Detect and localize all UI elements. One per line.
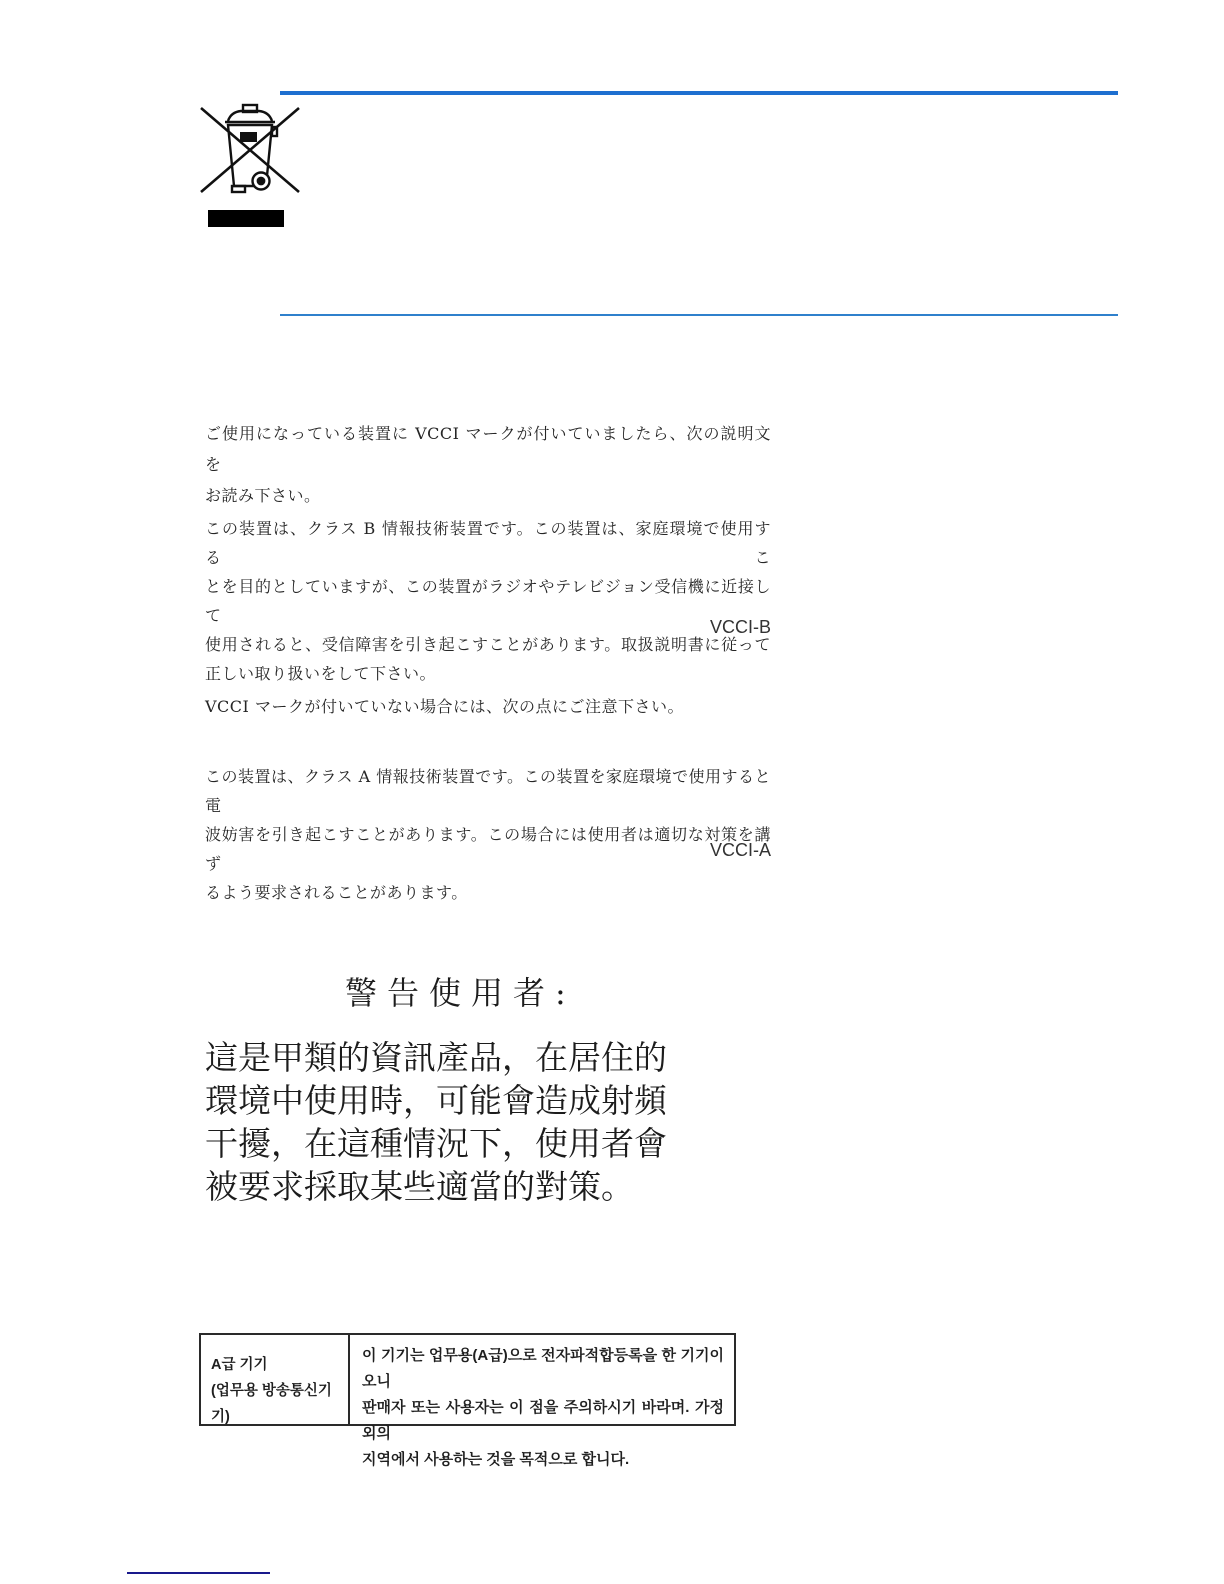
vcci-class-a-statement: この装置は、クラス A 情報技術装置です。この装置を家庭環境で使用すると電 波妨… bbox=[205, 762, 771, 907]
vcci-class-b-statement: この装置は、クラス B 情報技術装置です。この装置は、家庭環境で使用するこ とを… bbox=[205, 514, 771, 688]
weee-crossed-bin-icon bbox=[198, 100, 302, 198]
taiwan-warning-line: 干擾，在這種情況下，使用者會 bbox=[205, 1122, 645, 1165]
taiwan-warning-line: 這是甲類的資訊產品，在居住的 bbox=[205, 1036, 645, 1079]
korea-statement-line: 판매자 또는 사용자는 이 점을 주의하시기 바라며. 가정 외의 bbox=[362, 1395, 724, 1447]
taiwan-warning-body: 這是甲類的資訊產品，在居住的 環境中使用時，可能會造成射頻 干擾，在這種情況下，… bbox=[205, 1036, 645, 1208]
vcci-class-b-line: 正しい取り扱いをして下さい。 bbox=[205, 659, 771, 688]
korea-statement-line: 지역에서 사용하는 것을 목적으로 합니다. bbox=[362, 1447, 724, 1473]
korea-class-a-table: A급 기기 (업무용 방송통신기기) 이 기기는 업무용(A급)으로 전자파적합… bbox=[199, 1333, 736, 1426]
vcci-class-a-line: るよう要求されることがあります。 bbox=[205, 878, 771, 907]
vcci-b-label: VCCI-B bbox=[205, 617, 771, 638]
vcci-a-label: VCCI-A bbox=[205, 840, 771, 861]
vcci-intro-line: お読み下さい。 bbox=[205, 480, 771, 511]
section-divider-rule bbox=[280, 314, 1118, 316]
vcci-no-mark-note: VCCI マークが付いていない場合には、次の点にご注意下さい。 bbox=[205, 692, 771, 721]
taiwan-warning-line: 環境中使用時，可能會造成射頻 bbox=[205, 1079, 645, 1122]
vcci-class-b-line: この装置は、クラス B 情報技術装置です。この装置は、家庭環境で使用するこ bbox=[205, 514, 771, 572]
vcci-no-mark-line: VCCI マークが付いていない場合には、次の点にご注意下さい。 bbox=[205, 692, 771, 721]
vcci-class-a-line: この装置は、クラス A 情報技術装置です。この装置を家庭環境で使用すると電 bbox=[205, 762, 771, 820]
document-page: ご使用になっている装置に VCCI マークが付いていましたら、次の説明文を お読… bbox=[0, 0, 1224, 1584]
korea-device-class-line: (업무용 방송통신기기) bbox=[211, 1378, 342, 1430]
vcci-intro-line: ご使用になっている装置に VCCI マークが付いていましたら、次の説明文を bbox=[205, 418, 771, 480]
vcci-intro-paragraph: ご使用になっている装置に VCCI マークが付いていましたら、次の説明文を お読… bbox=[205, 418, 771, 511]
top-section-rule bbox=[280, 91, 1118, 95]
footer-rule bbox=[127, 1572, 270, 1574]
korea-statement-line: 이 기기는 업무용(A급)으로 전자파적합등록을 한 기기이오니 bbox=[362, 1343, 724, 1395]
taiwan-warning-heading: 警告使用者: bbox=[345, 968, 576, 1014]
korea-device-class-line: A급 기기 bbox=[211, 1352, 342, 1378]
taiwan-warning-line: 被要求採取某些適當的對策。 bbox=[205, 1165, 645, 1208]
korea-table-statement-cell: 이 기기는 업무용(A급)으로 전자파적합등록을 한 기기이오니 판매자 또는 … bbox=[350, 1335, 734, 1424]
weee-black-bar bbox=[208, 210, 284, 227]
korea-table-device-cell: A급 기기 (업무용 방송통신기기) bbox=[201, 1335, 350, 1424]
